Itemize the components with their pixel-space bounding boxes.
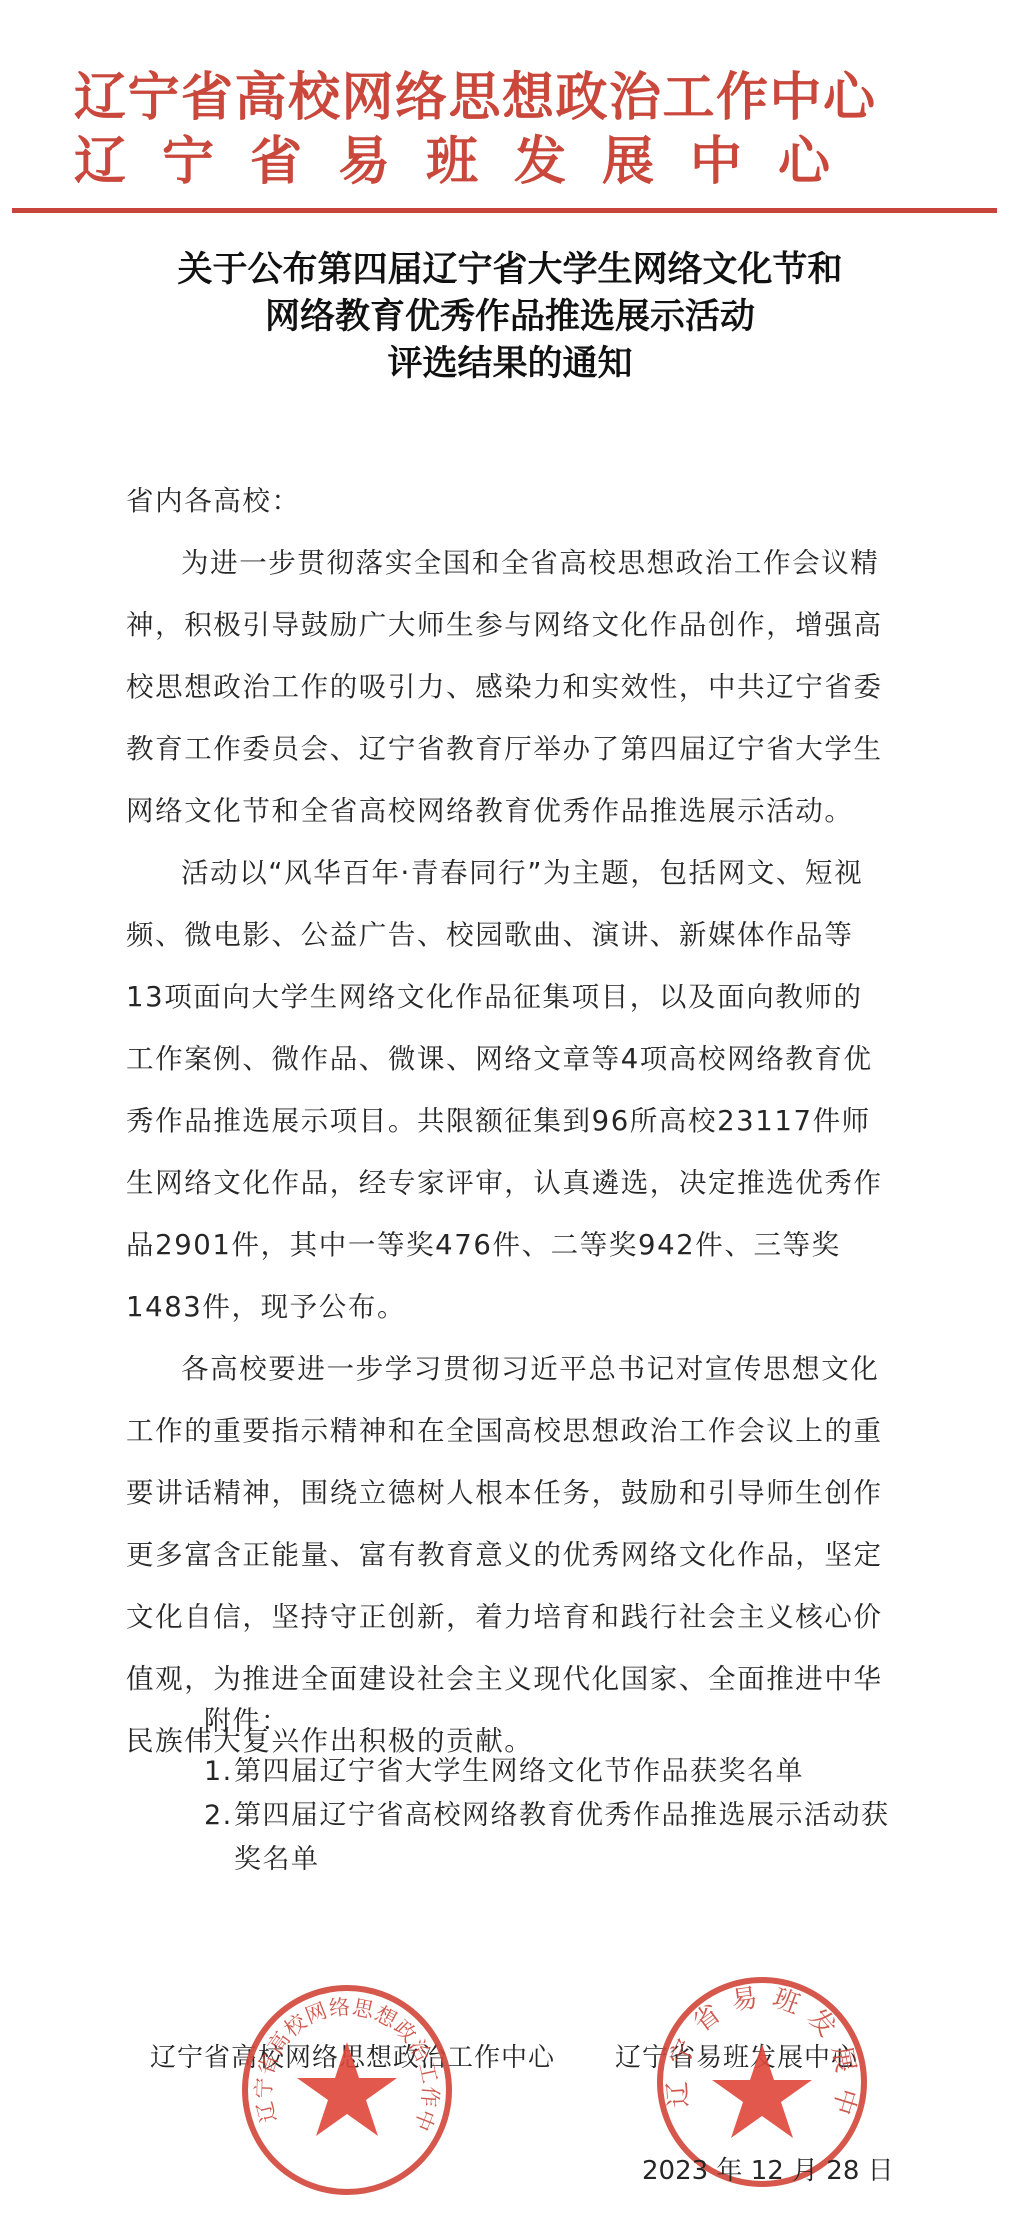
title-line-2: 网络教育优秀作品推选展示活动 bbox=[0, 294, 1020, 341]
document-date: 2023 年 12 月 28 日 bbox=[642, 2150, 894, 2187]
attachment-item: 2. 第四届辽宁省高校网络教育优秀作品推选展示活动获奖名单 bbox=[204, 1794, 904, 1882]
attachment-title: 第四届辽宁省大学生网络文化节作品获奖名单 bbox=[234, 1750, 804, 1794]
salutation: 省内各高校： bbox=[126, 470, 888, 532]
signature-block: 辽宁省高校网络思想政治工作中心 辽宁省易班发展中心 辽宁省高校网络思想政治工作中… bbox=[0, 1960, 1020, 2240]
paragraph-1: 为进一步贯彻落实全国和全省高校思想政治工作会议精神，积极引导鼓励广大师生参与网络… bbox=[126, 532, 888, 842]
attachments: 附件： 1. 第四届辽宁省大学生网络文化节作品获奖名单 2. 第四届辽宁省高校网… bbox=[204, 1700, 904, 1882]
attachment-item: 1. 第四届辽宁省大学生网络文化节作品获奖名单 bbox=[204, 1750, 904, 1794]
letterhead-org-1: 辽宁省高校网络思想政治工作中心 bbox=[74, 68, 934, 128]
attachment-number: 1. bbox=[204, 1750, 234, 1794]
document-title: 关于公布第四届辽宁省大学生网络文化节和 网络教育优秀作品推选展示活动 评选结果的… bbox=[0, 247, 1020, 388]
letterhead-red-rule bbox=[12, 208, 997, 213]
attachment-number: 2. bbox=[204, 1794, 234, 1882]
attachment-title: 第四届辽宁省高校网络教育优秀作品推选展示活动获奖名单 bbox=[234, 1794, 904, 1882]
letterhead-org-2: 辽宁省易班发展中心 bbox=[74, 132, 934, 192]
paragraph-2: 活动以“风华百年·青春同行”为主题，包括网文、短视频、微电影、公益广告、校园歌曲… bbox=[126, 842, 888, 1338]
body-paragraphs: 为进一步贯彻落实全国和全省高校思想政治工作会议精神，积极引导鼓励广大师生参与网络… bbox=[126, 532, 888, 1772]
title-line-1: 关于公布第四届辽宁省大学生网络文化节和 bbox=[0, 247, 1020, 294]
attachments-heading: 附件： bbox=[204, 1700, 904, 1744]
title-line-3: 评选结果的通知 bbox=[0, 341, 1020, 388]
official-seal-icon: 辽宁省高校网络思想政治工作中心 bbox=[237, 1980, 457, 2200]
